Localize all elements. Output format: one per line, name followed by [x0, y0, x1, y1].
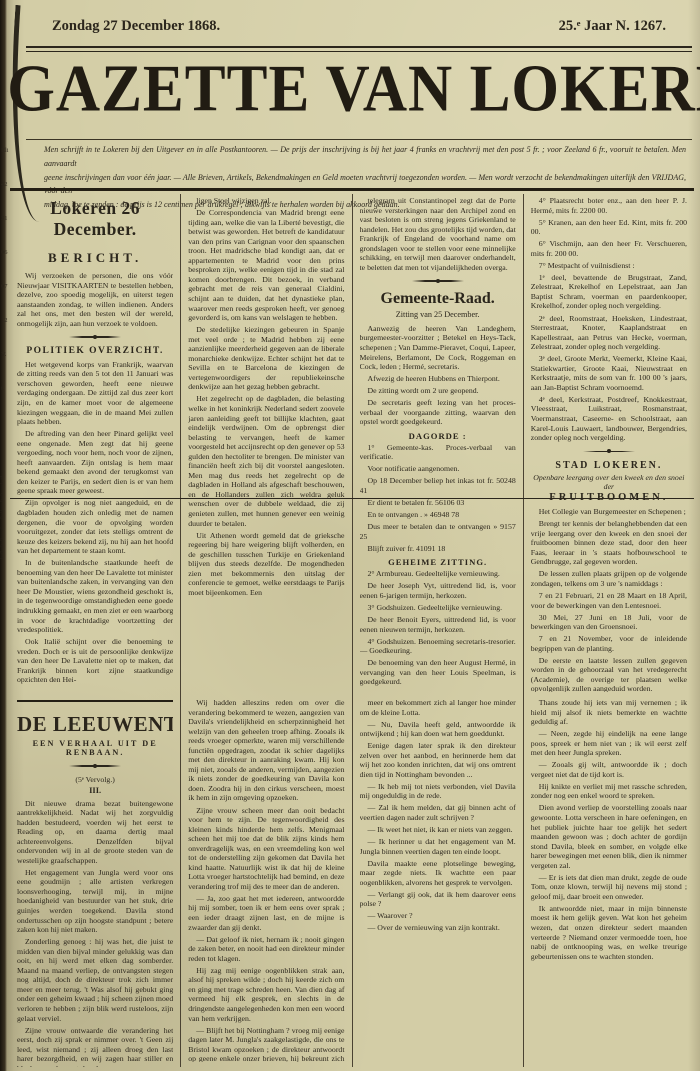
story-paragraph: — Waarover ?: [360, 911, 516, 921]
politiek-paragraph: Het zegelrecht op de dagbladen, die bela…: [188, 394, 344, 528]
story-paragraph: — Neen, zegde hij eindelijk na eene lang…: [531, 729, 687, 758]
story-paragraph: Hij knikte en verliet mij met rassche sc…: [531, 782, 687, 801]
gemeente-raad-intro: Aanwezig de heeren Van Landeghem, burgem…: [360, 324, 516, 427]
margin-fragment: 42: [1, 181, 13, 188]
feuilleton-chapter-label: III.: [17, 785, 173, 795]
geheime-zitting-heading: GEHEIME ZITTING.: [360, 557, 516, 567]
story-paragraph: Hij zag mij eenige oogenblikken strak aa…: [188, 966, 344, 1023]
newspaper-page: Eli4231060712V.t. 1868 2 80 65 14 Zondag…: [0, 0, 700, 1071]
feuilleton-header: DE LEEUWENTEMMER, EEN VERHAAL UIT DE REN…: [17, 700, 173, 795]
dateline: Zondag 27 December 1868. 25.ᵉ Jaar N. 12…: [52, 18, 666, 35]
column-1-feuilleton: DE LEEUWENTEMMER, EEN VERHAAL UIT DE REN…: [17, 692, 173, 1067]
dagorde-item: Er dient te betalen fr. 56106 03: [360, 498, 516, 508]
column-4: 4° Plaatsrecht boter enz., aan den heer …: [523, 194, 694, 1067]
fruitboomen-paragraph: 30 Mei, 27 Juni en 18 Juli, voor de bewe…: [531, 613, 687, 632]
story-paragraph: — Ik weet het niet, ik kan er niets van …: [360, 825, 516, 835]
verpachting-item: 4° Plaatsrecht boter enz., aan den heer …: [531, 196, 687, 215]
margin-side-text: 1868 2 80 65 14: [0, 473, 5, 560]
politiek-paragraph: De Correspondencia van Madrid brengt een…: [188, 208, 344, 323]
fruitboomen-text: Het Collegie van Burgemeester en Schepen…: [531, 507, 687, 692]
politiek-overzicht-heading: POLITIEK OVERZICHT.: [17, 346, 173, 356]
fruitboomen-paragraph: De eerste en laatste lessen zullen gegev…: [531, 656, 687, 692]
story-paragraph: Dit nieuwe drama bezat buitengewone aant…: [17, 799, 173, 866]
column-1: Lokeren 26 December. BERICHT. Wij verzoe…: [10, 194, 180, 1067]
dagorde-item: 1° Gemeente-kas. Proces-verbaal van veri…: [360, 443, 516, 462]
story-paragraph: — Over de vernieuwing van zijn kontrakt.: [360, 923, 516, 933]
margin-fragment: 31: [1, 215, 13, 222]
verpachting-item: 5° Kranen, aan den heer Ed. Kint, mits f…: [531, 218, 687, 237]
section-divider-ornament: [583, 451, 635, 453]
story-paragraph: Wij hadden alleszins reden om over die v…: [188, 698, 344, 803]
gemeente-raad-heading: Gemeente-Raad.: [360, 290, 516, 308]
dagorde-item: Voor notificatie aangenomen.: [360, 464, 516, 474]
feuilleton-title: DE LEEUWENTEMMER,: [17, 712, 173, 737]
feuilleton-divider-ornament: [69, 765, 121, 767]
story-paragraph: Het engagement van Jungla werd voor ons …: [17, 868, 173, 935]
fruitboomen-paragraph: 7 en 21 November, voor de inleidende beg…: [531, 634, 687, 653]
politiek-text-end: telegram uit Constantinopel zegt dat de …: [360, 196, 516, 272]
feuilleton-text-col2: Wij hadden alleszins reden om over die v…: [188, 698, 344, 1062]
politiek-paragraph: ligen Stoel wijzigen zal.: [188, 196, 344, 206]
politiek-paragraph: telegram uit Constantinopel zegt dat de …: [360, 196, 516, 272]
geheime-zitting-items: 2° Armbureau. Gedeeltelijke vernieuwing.…: [360, 569, 516, 687]
story-paragraph: — Ik heb mij tot niets verbonden, viel D…: [360, 782, 516, 801]
masthead-rule: [26, 139, 692, 140]
feuilleton-text-col1: Dit nieuwe drama bezat buitengewone aant…: [17, 799, 173, 1068]
stad-lokeren-heading: STAD LOKEREN.: [531, 460, 687, 471]
issue-date: Zondag 27 December 1868.: [52, 18, 220, 35]
story-paragraph: — Ik herinner u dat het engagement van M…: [360, 837, 516, 856]
story-paragraph: Zijne vrouw scheen meer dan ooit bedacht…: [188, 806, 344, 892]
section-divider-ornament: [69, 336, 121, 338]
politiek-paragraph: Zijn opvolger is nog niet aangeduid, en …: [17, 498, 173, 555]
verpachting-item: 1ᵉ deel, bevattende de Brugstraat, Zand,…: [531, 273, 687, 311]
story-paragraph: — Dat geloof ik niet, hernam ik ; nooit …: [188, 935, 344, 964]
column-2-feuilleton: Wij hadden alleszins reden om over die v…: [188, 692, 344, 1062]
politiek-paragraph: Ook Italië schijnt over die benoeming te…: [17, 637, 173, 685]
story-paragraph: — Zooals gij wilt, antwoordde ik ; doch …: [531, 760, 687, 779]
bericht-paragraph: Wij verzoeken de personen, die ons vóór …: [17, 271, 173, 328]
story-paragraph: Dien avond verliep de voorstelling zooal…: [531, 803, 687, 870]
raad-paragraph: Afwezig de heeren Hubbens en Thierpont.: [360, 374, 516, 384]
politiek-text: Het wetgevend korps van Frankrijk, waarv…: [17, 360, 173, 685]
feuilleton-subtitle: EEN VERHAAL UIT DE RENBAAN.: [17, 739, 173, 757]
verpachting-item: 2ᵉ deel, Roomstraat, Hoeksken, Lindestra…: [531, 314, 687, 352]
politiek-text-continued: ligen Stoel wijzigen zal.De Corresponden…: [188, 196, 344, 597]
dagorde-heading: DAGORDE :: [360, 431, 516, 441]
issue-number: 25.ᵉ Jaar N. 1267.: [559, 18, 666, 35]
column-4-top: 4° Plaatsrecht boter enz., aan den heer …: [531, 196, 687, 692]
zitting-item: 2° Armbureau. Gedeeltelijke vernieuwing.: [360, 569, 516, 579]
story-paragraph: — Blijft het bij Nottingham ? vroeg mij …: [188, 1026, 344, 1062]
fruitboomen-paragraph: De lessen zullen plaats grijpen op de vo…: [531, 569, 687, 588]
story-paragraph: — Verlangt gij ook, dat ik hem daarover …: [360, 890, 516, 909]
zitting-item: De benoeming van den heer August Hermé, …: [360, 658, 516, 687]
dagorde-item: Dus meer te betalen dan te ontvangen » 9…: [360, 522, 516, 541]
bericht-text: Wij verzoeken de personen, die ons vóór …: [17, 271, 173, 328]
verpachting-items: 4° Plaatsrecht boter enz., aan den heer …: [531, 196, 687, 443]
dagorde-item: Op 18 December beliep het inkas tot fr. …: [360, 476, 516, 495]
leergang-subheading: Openbare leergang over den kweek en den …: [531, 473, 687, 491]
dagorde-item: En te ontvangen . » 46948 78: [360, 510, 516, 520]
story-paragraph: Zijne vrouw ontwaarde die verandering he…: [17, 1026, 173, 1067]
column-3-feuilleton: meer en bekommert zich al langer hoe min…: [360, 692, 516, 1062]
city-dateline-heading: Lokeren 26 December.: [17, 198, 173, 240]
raad-paragraph: Aanwezig de heeren Van Landeghem, burgem…: [360, 324, 516, 372]
column-2-top: ligen Stoel wijzigen zal.De Corresponden…: [188, 196, 344, 692]
raad-paragraph: De secretaris geeft lezing van het proce…: [360, 398, 516, 427]
header-body-rule: [10, 188, 694, 191]
feuilleton-part-label: (5ᵉ Vervolg.): [17, 775, 173, 784]
verpachting-item: 4ᵉ deel, Kerkstraat, Postdreef, Knokkest…: [531, 395, 687, 443]
dagorde-item: Blijft zuiver fr. 41091 18: [360, 544, 516, 554]
section-divider-ornament: [412, 280, 464, 282]
story-paragraph: Ik antwoordde niet, maar in mijn binnens…: [531, 904, 687, 961]
column-3: telegram uit Constantinopel zegt dat de …: [352, 194, 523, 1067]
story-paragraph: — Zal ik hem melden, dat gij binnen acht…: [360, 803, 516, 822]
story-paragraph: Eenige dagen later sprak ik den direkteu…: [360, 741, 516, 779]
fruitboomen-paragraph: 7 en 21 Februari, 21 en 28 Maart en 18 A…: [531, 591, 687, 610]
zitting-item: De heer Benoit Eyers, uittredend lid, is…: [360, 615, 516, 634]
margin-fragment: 06: [1, 249, 13, 256]
column-4-feuilleton: Thans zoude hij iets van mij vernemen ; …: [531, 692, 687, 1062]
margin-fragment: 07: [1, 283, 13, 290]
feuilleton-separator-rule: [10, 498, 694, 499]
gemeente-raad-subheading: Zitting van 25 December.: [360, 310, 516, 319]
story-paragraph: Davila maakte eene plotselinge beweging,…: [360, 859, 516, 888]
politiek-paragraph: Uit Athenen wordt gemeld dat de grieksch…: [188, 531, 344, 598]
margin-fragment: V.: [1, 351, 13, 358]
masthead-title: GAZETTE VAN LOKEREN.: [7, 50, 697, 127]
story-paragraph: meer en bekommert zich al langer hoe min…: [360, 698, 516, 717]
verpachting-item: 6° Vischmijn, aan den heer Fr. Verschuer…: [531, 239, 687, 258]
column-3-top: telegram uit Constantinopel zegt dat de …: [360, 196, 516, 692]
zitting-item: De heer Joseph Vyt, uittredend lid, is, …: [360, 581, 516, 600]
politiek-paragraph: De stedelijke kiezingen gebeuren in Span…: [188, 325, 344, 392]
margin-fragment: 12: [1, 317, 13, 324]
story-paragraph: Thans zoude hij iets van mij vernemen ; …: [531, 698, 687, 727]
story-paragraph: — Nu, Davila heeft geld, antwoordde ik o…: [360, 720, 516, 739]
zitting-item: 3° Godshuizen. Gedeeltelijke vernieuwing…: [360, 603, 516, 613]
politiek-paragraph: Het wetgevend korps van Frankrijk, waarv…: [17, 360, 173, 427]
bericht-heading: BERICHT.: [17, 250, 173, 266]
margin-fragment: Eli: [1, 147, 13, 154]
column-2: ligen Stoel wijzigen zal.De Corresponden…: [180, 194, 351, 1067]
zitting-item: 4° Godshuizen. Benoeming secretaris-tres…: [360, 637, 516, 656]
verpachting-item: 7° Mestpacht of vuilnisdienst :: [531, 261, 687, 271]
story-paragraph: Zonderling genoeg : hij was het, die jui…: [17, 937, 173, 1023]
story-paragraph: — Ja, zoo gaat het met iedereen, antwoor…: [188, 894, 344, 932]
imprint-line: Men schrijft in te Lokeren bij den Uitge…: [44, 143, 686, 171]
politiek-paragraph: De aftreding van den heer Pinard gelijkt…: [17, 429, 173, 496]
raad-paragraph: De zitting wordt om 2 ure geopend.: [360, 386, 516, 396]
verpachting-item: 3ᵉ deel, Groote Merkt, Veemerkt, Kleine …: [531, 354, 687, 392]
body-columns: Lokeren 26 December. BERICHT. Wij verzoe…: [10, 194, 694, 1067]
margin-fragment: t.: [1, 385, 13, 392]
feuilleton-text-col4: Thans zoude hij iets van mij vernemen ; …: [531, 698, 687, 961]
column-1-top: Lokeren 26 December. BERICHT. Wij verzoe…: [17, 196, 173, 692]
fruitboomen-paragraph: Brengt ter kennis der belanghebbenden da…: [531, 519, 687, 567]
feuilleton-text-col3: meer en bekommert zich al langer hoe min…: [360, 698, 516, 933]
margin-fragments: Eli4231060712V.t.: [1, 140, 13, 398]
story-paragraph: — Er is iets dat dien man drukt, zegde d…: [531, 873, 687, 902]
fruitboomen-paragraph: Het Collegie van Burgemeester en Schepen…: [531, 507, 687, 517]
politiek-paragraph: In de buitenlandsche staatkunde heeft de…: [17, 558, 173, 634]
